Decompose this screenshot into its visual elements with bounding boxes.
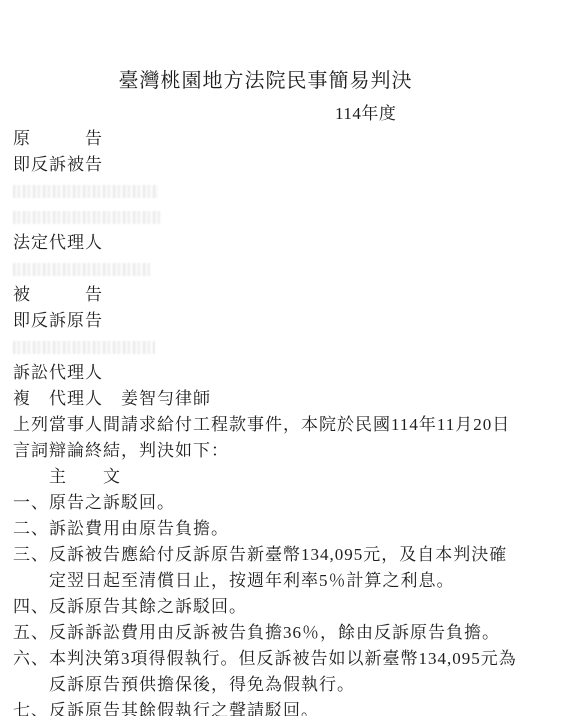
redacted-text-bar [13,263,151,276]
case-year: 114年度 [335,99,396,124]
judgment-item-1: 一、原告之訴駁回。 [13,490,571,516]
redacted-line [13,178,571,204]
redacted-text-bar [13,211,161,224]
party-role-legal-representative: 法定代理人 [13,230,571,256]
preamble-line-2: 言詞辯論終結，判決如下： [13,438,571,464]
redacted-line [13,204,571,230]
judgment-item-2: 二、訴訟費用由原告負擔。 [13,516,571,542]
judgment-item-6-line-2: 反訴原告預供擔保後，得免為假執行。 [13,672,571,698]
party-role-counterclaim-defendant: 即反訴被告 [13,152,571,178]
judgment-item-6-line-1: 六、本判決第3項得假執行。但反訴被告如以新臺幣134,095元為 [13,646,571,672]
party-role-deputy-agent: 複 代理人 姜智勻律師 [13,386,571,412]
judgment-item-3-line-1: 三、反訴被告應給付反訴原告新臺幣134,095元，及自本判決確 [13,542,571,568]
preamble-line-1: 上列當事人間請求給付工程款事件，本院於民國114年11月20日 [13,412,571,438]
party-role-counterclaim-plaintiff: 即反訴原告 [13,308,571,334]
judgment-document-page: 臺灣桃園地方法院民事簡易判決 114年度 原 告 即反訴被告 法定代理人 被 告… [0,0,575,716]
redacted-text-bar [13,185,158,198]
main-text-heading: 主 文 [13,464,571,490]
judgment-item-4: 四、反訴原告其餘之訴駁回。 [13,594,571,620]
redacted-text-bar [13,341,155,354]
party-role-litigation-agent: 訴訟代理人 [13,360,571,386]
judgment-item-7: 七、反訴原告其餘假執行之聲請駁回。 [13,698,571,716]
redacted-line [13,334,571,360]
judgment-item-5: 五、反訴訴訟費用由反訴被告負擔36％，餘由反訴原告負擔。 [13,620,571,646]
judgment-body: 原 告 即反訴被告 法定代理人 被 告 即反訴原告 訴訟代理人 複 代理人 姜智… [13,126,571,716]
party-role-plaintiff: 原 告 [13,126,571,152]
document-title: 臺灣桃園地方法院民事簡易判決 [0,64,531,93]
party-role-defendant: 被 告 [13,282,571,308]
redacted-line [13,256,571,282]
judgment-item-3-line-2: 定翌日起至清償日止，按週年利率5％計算之利息。 [13,568,571,594]
